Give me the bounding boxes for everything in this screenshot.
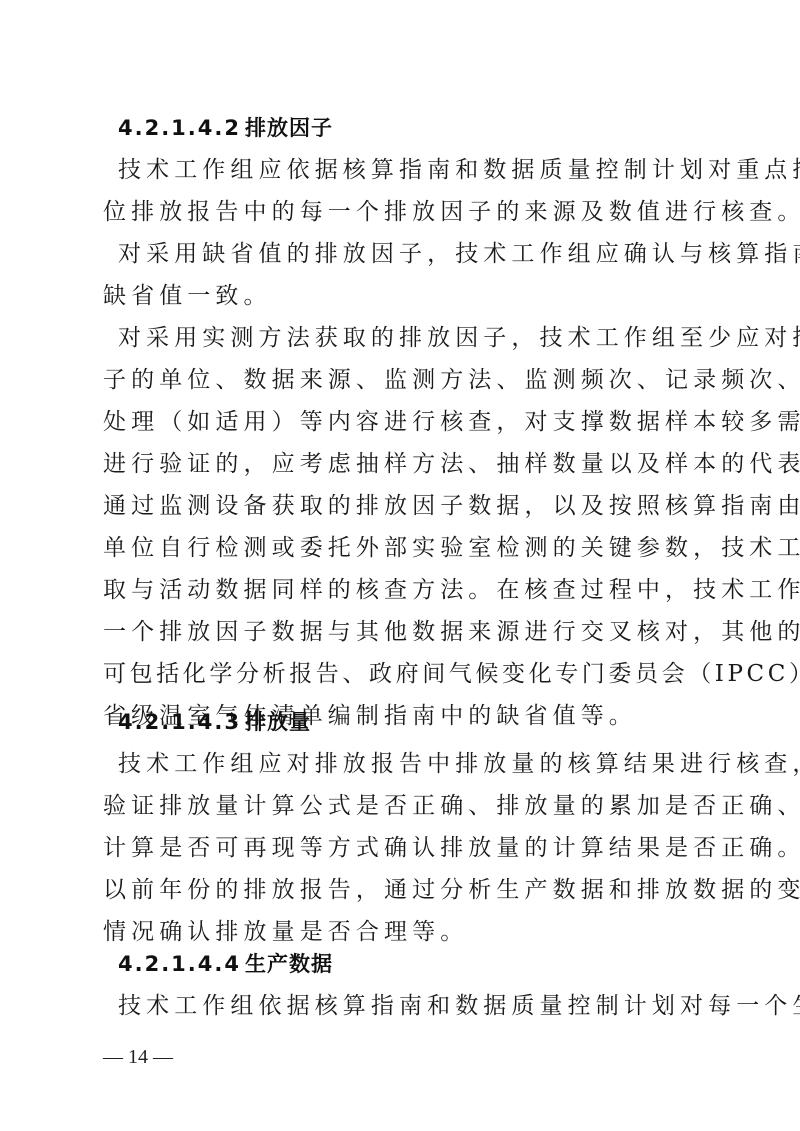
paragraph-line: 技术工作组依据核算指南和数据质量控制计划对每一个生产数 (118, 989, 699, 1023)
section-number: 4.2.1.4.3 (118, 710, 241, 734)
paragraph-line: 处理（如适用）等内容进行核查，对支撑数据样本较多需采用抽样 (103, 405, 699, 439)
paragraph-line: 进行验证的，应考虑抽样方法、抽样数量以及样本的代表性。对于 (103, 447, 699, 481)
paragraph-line: 以前年份的排放报告，通过分析生产数据和排放数据的变化和波动 (103, 873, 699, 907)
section-title: 排放因子 (245, 116, 333, 140)
paragraph-line: 可包括化学分析报告、政府间气候变化专门委员会（IPCC）缺省值、 (103, 657, 699, 691)
paragraph-line: 情况确认排放量是否合理等。 (103, 915, 699, 949)
paragraph-line: 子的单位、数据来源、监测方法、监测频次、记录频次、数据缺失 (103, 363, 699, 397)
page-number: — 14 — (103, 1042, 173, 1072)
paragraph-line: 计算是否可再现等方式确认排放量的计算结果是否正确。通过对比 (103, 831, 699, 865)
paragraph-line: 单位自行检测或委托外部实验室检测的关键参数，技术工作组应采 (103, 531, 699, 565)
paragraph-line: 对采用实测方法获取的排放因子，技术工作组至少应对排放因 (118, 321, 699, 355)
section-title: 生产数据 (245, 952, 333, 976)
document-page: 4.2.1.4.2排放因子 技术工作组应依据核算指南和数据质量控制计划对重点排放… (0, 0, 800, 1131)
paragraph-line: 对采用缺省值的排放因子，技术工作组应确认与核算指南中的 (118, 237, 699, 271)
paragraph-line: 一个排放因子数据与其他数据来源进行交叉核对，其他的数据来源 (103, 615, 699, 649)
section-heading-4-2-1-4-2: 4.2.1.4.2排放因子 (118, 111, 333, 145)
section-number: 4.2.1.4.2 (118, 116, 241, 140)
paragraph-line: 取与活动数据同样的核查方法。在核查过程中，技术工作组应将每 (103, 573, 699, 607)
paragraph-line: 技术工作组应依据核算指南和数据质量控制计划对重点排放单 (118, 153, 699, 187)
paragraph-line: 缺省值一致。 (103, 279, 699, 313)
paragraph-line: 验证排放量计算公式是否正确、排放量的累加是否正确、排放量的 (103, 789, 699, 823)
section-heading-4-2-1-4-4: 4.2.1.4.4生产数据 (118, 947, 333, 981)
section-heading-4-2-1-4-3: 4.2.1.4.3排放量 (118, 705, 311, 739)
paragraph-line: 技术工作组应对排放报告中排放量的核算结果进行核查，通过 (118, 747, 699, 781)
paragraph-line: 通过监测设备获取的排放因子数据，以及按照核算指南由重点排放 (103, 489, 699, 523)
section-number: 4.2.1.4.4 (118, 952, 241, 976)
section-title: 排放量 (245, 710, 311, 734)
paragraph-line: 位排放报告中的每一个排放因子的来源及数值进行核查。 (103, 195, 699, 229)
